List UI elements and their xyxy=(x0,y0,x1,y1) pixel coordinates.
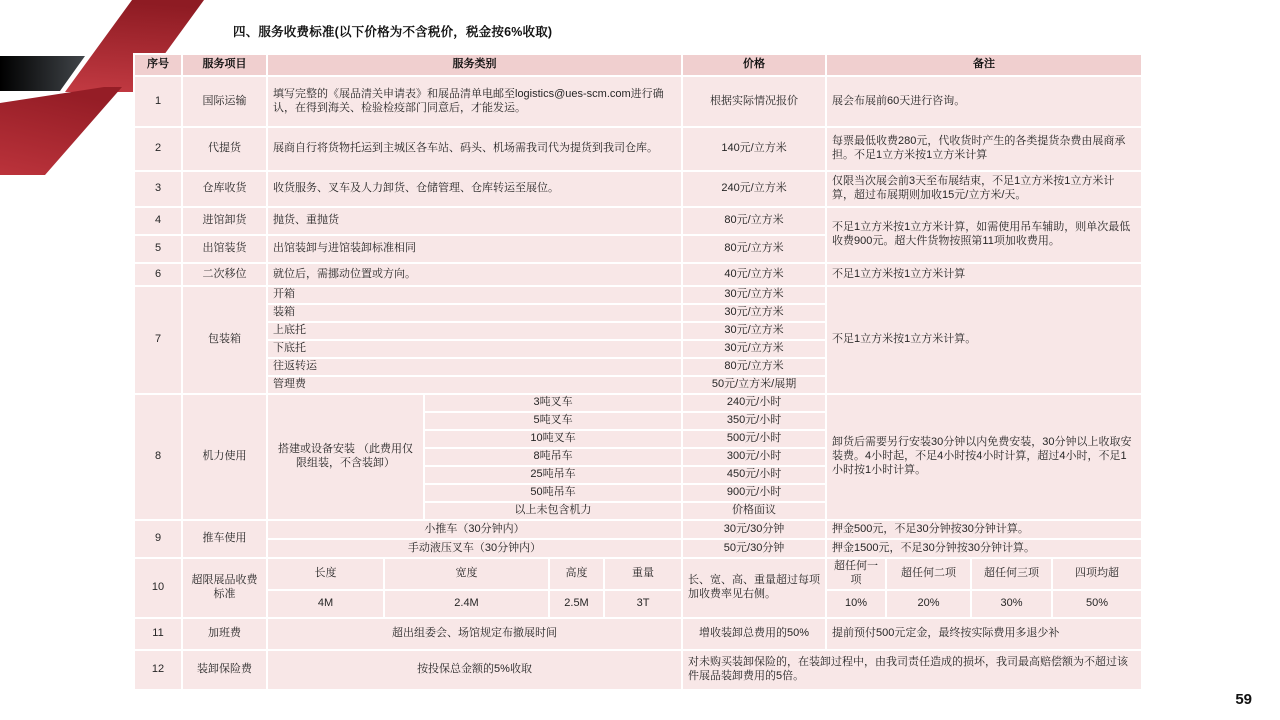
r9-sub0-category: 小推车（30分钟内） xyxy=(267,520,682,539)
r5-price: 80元/立方米 xyxy=(682,235,826,263)
r10-dim-header-weight: 重量 xyxy=(604,558,682,590)
table-row: 11 加班费 超出组委会、场馆规定布撤展时间 增收装卸总费用的50% 提前预付5… xyxy=(134,618,1142,650)
r3-category: 收货服务、叉车及人力卸货、仓储管理、仓库转运至展位。 xyxy=(267,171,682,207)
r7-sub2-price: 30元/立方米 xyxy=(682,322,826,340)
r9-sub1-price: 50元/30分钟 xyxy=(682,539,826,558)
col-header-remark: 备注 xyxy=(826,54,1142,76)
r12-item: 装卸保险费 xyxy=(182,650,267,690)
r6-price: 40元/立方米 xyxy=(682,263,826,286)
r7-item: 包装箱 xyxy=(182,286,267,394)
r8-item: 机力使用 xyxy=(182,394,267,520)
table-row: 手动液压叉车（30分钟内） 50元/30分钟 押金1500元，不足30分钟按30… xyxy=(134,539,1142,558)
r1-category: 填写完整的《展品清关申请表》和展品清单电邮至logistics@ues-scm.… xyxy=(267,76,682,127)
table-row: 4M 2.4M 2.5M 3T 10% 20% 30% 50% xyxy=(134,590,1142,618)
r7-remark: 不足1立方米按1立方米计算。 xyxy=(826,286,1142,394)
table-row: 3 仓库收货 收货服务、叉车及人力卸货、仓储管理、仓库转运至展位。 240元/立… xyxy=(134,171,1142,207)
r6-item: 二次移位 xyxy=(182,263,267,286)
r10-surcharge-value-1: 10% xyxy=(826,590,886,618)
r8-sub1-price: 350元/小时 xyxy=(682,412,826,430)
r10-surcharge-header-4: 四项均超 xyxy=(1052,558,1142,590)
r9-sub0-price: 30元/30分钟 xyxy=(682,520,826,539)
r12-no: 12 xyxy=(134,650,182,690)
r9-sub1-remark: 押金1500元，不足30分钟按30分钟计算。 xyxy=(826,539,1142,558)
r6-no: 6 xyxy=(134,263,182,286)
slide: 四、服务收费标准(以下价格为不含税价，税金按6%收取) 序号 服务项目 服务类别… xyxy=(0,0,1280,720)
r9-sub0-remark: 押金500元，不足30分钟按30分钟计算。 xyxy=(826,520,1142,539)
r8-sub3-category: 8吨吊车 xyxy=(424,448,682,466)
r10-dim-value-length: 4M xyxy=(267,590,384,618)
r2-category: 展商自行将货物托运到主城区各车站、码头、机场需我司代为提货到我司仓库。 xyxy=(267,127,682,171)
r5-item: 出馆装货 xyxy=(182,235,267,263)
r10-surcharge-value-4: 50% xyxy=(1052,590,1142,618)
r4-no: 4 xyxy=(134,207,182,235)
r7-sub3-category: 下底托 xyxy=(267,340,682,358)
r7-sub3-price: 30元/立方米 xyxy=(682,340,826,358)
r10-dim-header-width: 宽度 xyxy=(384,558,549,590)
page-title: 四、服务收费标准(以下价格为不含税价，税金按6%收取) xyxy=(233,22,552,40)
r3-price: 240元/立方米 xyxy=(682,171,826,207)
col-header-item: 服务项目 xyxy=(182,54,267,76)
table-row: 9 推车使用 小推车（30分钟内） 30元/30分钟 押金500元，不足30分钟… xyxy=(134,520,1142,539)
r7-sub4-category: 往返转运 xyxy=(267,358,682,376)
service-fee-table: 序号 服务项目 服务类别 价格 备注 1 国际运输 填写完整的《展品清关申请表》… xyxy=(133,53,1143,691)
r8-remark: 卸货后需要另行安装30分钟以内免费安装，30分钟以上收取安装费。4小时起，不足4… xyxy=(826,394,1142,520)
r2-price: 140元/立方米 xyxy=(682,127,826,171)
r8-sub5-price: 900元/小时 xyxy=(682,484,826,502)
r8-sub4-category: 25吨吊车 xyxy=(424,466,682,484)
r4-r5-remark: 不足1立方米按1立方米计算，如需使用吊车辅助，则单次最低收费900元。超大件货物… xyxy=(826,207,1142,263)
r8-no: 8 xyxy=(134,394,182,520)
r11-no: 11 xyxy=(134,618,182,650)
r11-item: 加班费 xyxy=(182,618,267,650)
r10-price: 长、宽、高、重量超过每项加收费率见右侧。 xyxy=(682,558,826,618)
r8-sub2-price: 500元/小时 xyxy=(682,430,826,448)
table-row: 10 超限展品收费标准 长度 宽度 高度 重量 长、宽、高、重量超过每项加收费率… xyxy=(134,558,1142,590)
header-row: 序号 服务项目 服务类别 价格 备注 xyxy=(134,54,1142,76)
table-row: 12 装卸保险费 按投保总金额的5%收取 对未购买装卸保险的，在装卸过程中，由我… xyxy=(134,650,1142,690)
r8-sub5-category: 50吨吊车 xyxy=(424,484,682,502)
r8-sub6-category: 以上未包含机力 xyxy=(424,502,682,520)
r10-surcharge-value-3: 30% xyxy=(971,590,1052,618)
r8-sub0-price: 240元/小时 xyxy=(682,394,826,412)
table-row: 2 代提货 展商自行将货物托运到主城区各车站、码头、机场需我司代为提货到我司仓库… xyxy=(134,127,1142,171)
r6-category: 就位后，需挪动位置或方向。 xyxy=(267,263,682,286)
r10-dim-header-length: 长度 xyxy=(267,558,384,590)
r11-category: 超出组委会、场馆规定布撤展时间 xyxy=(267,618,682,650)
col-header-category: 服务类别 xyxy=(267,54,682,76)
r10-surcharge-value-2: 20% xyxy=(886,590,971,618)
r2-remark: 每票最低收费280元，代收货时产生的各类提货杂费由展商承担。不足1立方米按1立方… xyxy=(826,127,1142,171)
col-header-price: 价格 xyxy=(682,54,826,76)
r7-sub0-category: 开箱 xyxy=(267,286,682,304)
r8-sub4-price: 450元/小时 xyxy=(682,466,826,484)
r9-item: 推车使用 xyxy=(182,520,267,558)
r7-sub4-price: 80元/立方米 xyxy=(682,358,826,376)
page-number: 59 xyxy=(1235,691,1252,708)
r6-remark: 不足1立方米按1立方米计算 xyxy=(826,263,1142,286)
r10-dim-value-height: 2.5M xyxy=(549,590,604,618)
table-row: 4 进馆卸货 抛货、重抛货 80元/立方米 不足1立方米按1立方米计算，如需使用… xyxy=(134,207,1142,235)
r7-sub2-category: 上底托 xyxy=(267,322,682,340)
r8-sub2-category: 10吨叉车 xyxy=(424,430,682,448)
r1-remark: 展会布展前60天进行咨询。 xyxy=(826,76,1142,127)
r8-sub1-category: 5吨叉车 xyxy=(424,412,682,430)
r5-no: 5 xyxy=(134,235,182,263)
r10-dim-value-width: 2.4M xyxy=(384,590,549,618)
col-header-no: 序号 xyxy=(134,54,182,76)
r7-sub1-price: 30元/立方米 xyxy=(682,304,826,322)
r8-sub3-price: 300元/小时 xyxy=(682,448,826,466)
r10-dim-value-weight: 3T xyxy=(604,590,682,618)
r8-group: 搭建或设备安装 （此费用仅限组装，不含装卸） xyxy=(267,394,424,520)
table-row: 6 二次移位 就位后，需挪动位置或方向。 40元/立方米 不足1立方米按1立方米… xyxy=(134,263,1142,286)
r3-item: 仓库收货 xyxy=(182,171,267,207)
r10-surcharge-header-3: 超任何三项 xyxy=(971,558,1052,590)
r10-no: 10 xyxy=(134,558,182,618)
r1-no: 1 xyxy=(134,76,182,127)
red-stripe-lower xyxy=(0,87,122,175)
table-row: 8 机力使用 搭建或设备安装 （此费用仅限组装，不含装卸） 3吨叉车 240元/… xyxy=(134,394,1142,412)
r2-item: 代提货 xyxy=(182,127,267,171)
r8-sub6-price: 价格面议 xyxy=(682,502,826,520)
r12-remark: 对未购买装卸保险的，在装卸过程中，由我司责任造成的损坏，我司最高赔偿额为不超过该… xyxy=(682,650,1142,690)
r3-no: 3 xyxy=(134,171,182,207)
r1-item: 国际运输 xyxy=(182,76,267,127)
r10-surcharge-header-1: 超任何一项 xyxy=(826,558,886,590)
r7-sub0-price: 30元/立方米 xyxy=(682,286,826,304)
r5-category: 出馆装卸与进馆装卸标准相同 xyxy=(267,235,682,263)
r9-sub1-category: 手动液压叉车（30分钟内） xyxy=(267,539,682,558)
r4-price: 80元/立方米 xyxy=(682,207,826,235)
r8-sub0-category: 3吨叉车 xyxy=(424,394,682,412)
table-row: 7 包装箱 开箱 30元/立方米 不足1立方米按1立方米计算。 xyxy=(134,286,1142,304)
r7-sub1-category: 装箱 xyxy=(267,304,682,322)
r4-category: 抛货、重抛货 xyxy=(267,207,682,235)
r10-dim-header-height: 高度 xyxy=(549,558,604,590)
r7-no: 7 xyxy=(134,286,182,394)
r9-no: 9 xyxy=(134,520,182,558)
r7-sub5-category: 管理费 xyxy=(267,376,682,394)
r1-price: 根据实际情况报价 xyxy=(682,76,826,127)
r2-no: 2 xyxy=(134,127,182,171)
r10-item: 超限展品收费标准 xyxy=(182,558,267,618)
table-row: 1 国际运输 填写完整的《展品清关申请表》和展品清单电邮至logistics@u… xyxy=(134,76,1142,127)
r4-item: 进馆卸货 xyxy=(182,207,267,235)
r3-remark: 仅限当次展会前3天至布展结束，不足1立方米按1立方米计算，超过布展期则加收15元… xyxy=(826,171,1142,207)
r11-price: 增收装卸总费用的50% xyxy=(682,618,826,650)
r10-surcharge-header-2: 超任何二项 xyxy=(886,558,971,590)
r7-sub5-price: 50元/立方米/展期 xyxy=(682,376,826,394)
r12-category: 按投保总金额的5%收取 xyxy=(267,650,682,690)
r11-remark: 提前预付500元定金，最终按实际费用多退少补 xyxy=(826,618,1142,650)
